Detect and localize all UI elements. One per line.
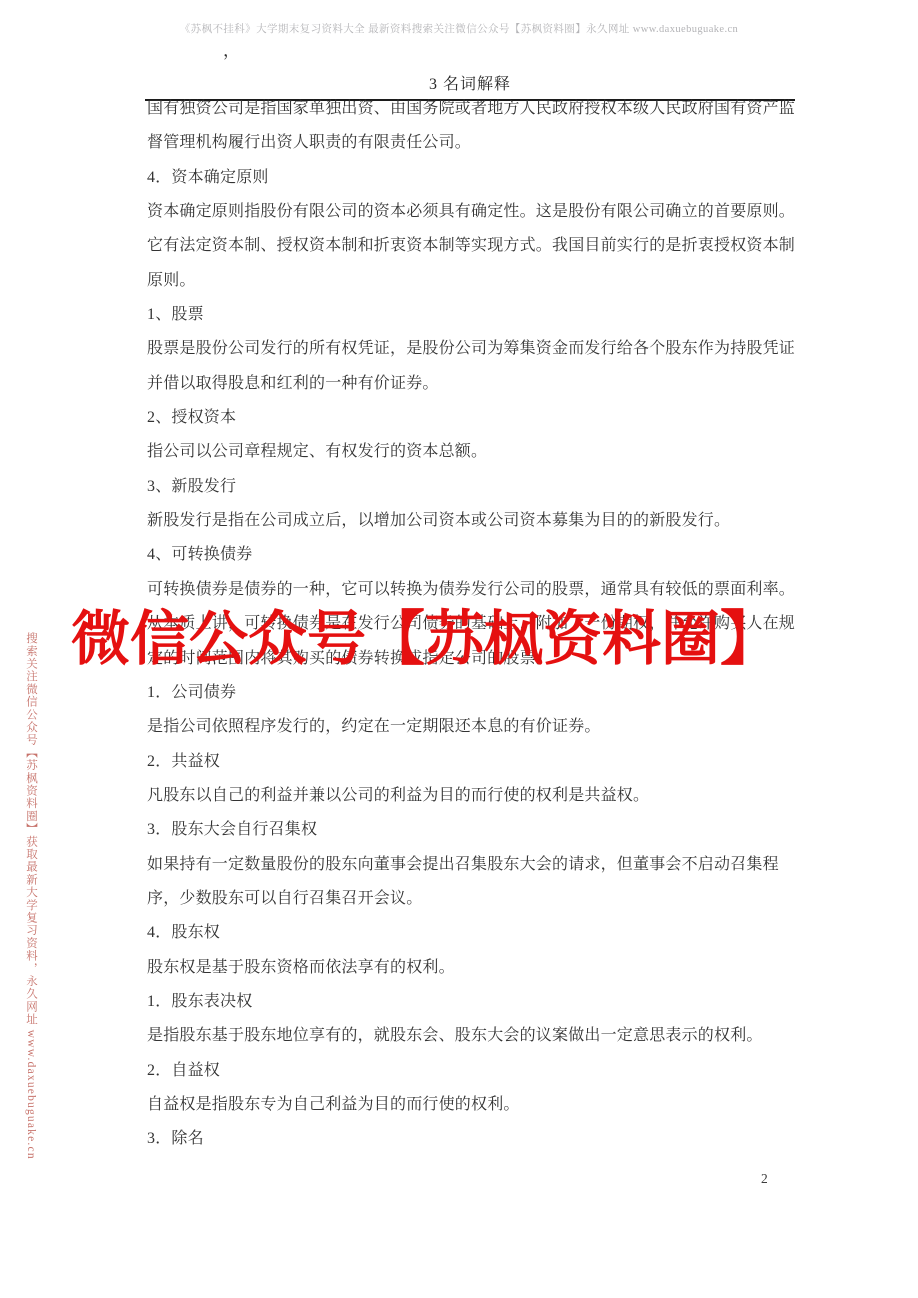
document-line: 它有法定资本制、授权资本制和折衷资本制等实现方式。我国目前实行的是折衷授权资本制 — [147, 229, 807, 263]
heading-line: 2．共益权 — [147, 745, 807, 779]
heading-line: 4．股东权 — [147, 916, 807, 950]
heading-line: 1．股东表决权 — [147, 985, 807, 1019]
document-line: 凡股东以自己的利益并兼以公司的利益为目的而行使的权利是共益权。 — [147, 779, 807, 813]
section-title: 3 名词解释 — [429, 76, 511, 93]
heading-line: 4、可转换债券 — [147, 538, 807, 572]
page-header-text: 《苏枫不挂科》大学期末复习资料大全 最新资料搜索关注微信公众号【苏枫资料圈】永久… — [0, 21, 918, 36]
document-line: 资本确定原则指股份有限公司的资本必须具有确定性。这是股份有限公司确立的首要原则。 — [147, 195, 807, 229]
heading-line: 3、新股发行 — [147, 470, 807, 504]
page-number: 2 — [761, 1171, 768, 1187]
heading-line: 1、股票 — [147, 298, 807, 332]
document-page: 《苏枫不挂科》大学期末复习资料大全 最新资料搜索关注微信公众号【苏枫资料圈】永久… — [0, 0, 918, 1298]
heading-line: 2．自益权 — [147, 1054, 807, 1088]
heading-line: 1．公司债券 — [147, 676, 807, 710]
document-line: 指公司以公司章程规定、有权发行的资本总额。 — [147, 435, 807, 469]
document-line: 并借以取得股息和红利的一种有价证券。 — [147, 367, 807, 401]
heading-line: 3．除名 — [147, 1122, 807, 1156]
document-line: 新股发行是指在公司成立后，以增加公司资本或公司资本募集为目的的新股发行。 — [147, 504, 807, 538]
heading-line: 2、授权资本 — [147, 401, 807, 435]
document-line: 股东权是基于股东资格而依法享有的权利。 — [147, 951, 807, 985]
heading-line: 4．资本确定原则 — [147, 161, 807, 195]
document-line: 督管理机构履行出资人职责的有限责任公司。 — [147, 126, 807, 160]
document-line: 国有独资公司是指国家单独出资、由国务院或者地方人民政府授权本级人民政府国有资产监 — [147, 92, 807, 126]
red-watermark-vertical: 搜索关注微信公众号【苏枫资料圈】获取最新大学复习资料，永久网址 www.daxu… — [23, 632, 39, 1160]
document-line: 股票是股份公司发行的所有权凭证，是股份公司为筹集资金而发行给各个股东作为持股凭证 — [147, 332, 807, 366]
stray-comma: ， — [223, 36, 240, 61]
document-line: 序，少数股东可以自行召集召开会议。 — [147, 882, 807, 916]
heading-line: 3．股东大会自行召集权 — [147, 813, 807, 847]
document-line: 原则。 — [147, 264, 807, 298]
document-line: 是指股东基于股东地位享有的，就股东会、股东大会的议案做出一定意思表示的权利。 — [147, 1019, 807, 1053]
document-line: 自益权是指股东专为自己利益为目的而行使的权利。 — [147, 1088, 807, 1122]
document-line: 可转换债券是债券的一种，它可以转换为债券发行公司的股票，通常具有较低的票面利率。 — [147, 573, 807, 607]
document-line: 如果持有一定数量股份的股东向董事会提出召集股东大会的请求，但董事会不启动召集程 — [147, 848, 807, 882]
document-line: 是指公司依照程序发行的，约定在一定期限还本息的有价证券。 — [147, 710, 807, 744]
red-watermark-horizontal: 微信公众号【苏枫资料圈】 — [71, 606, 779, 674]
